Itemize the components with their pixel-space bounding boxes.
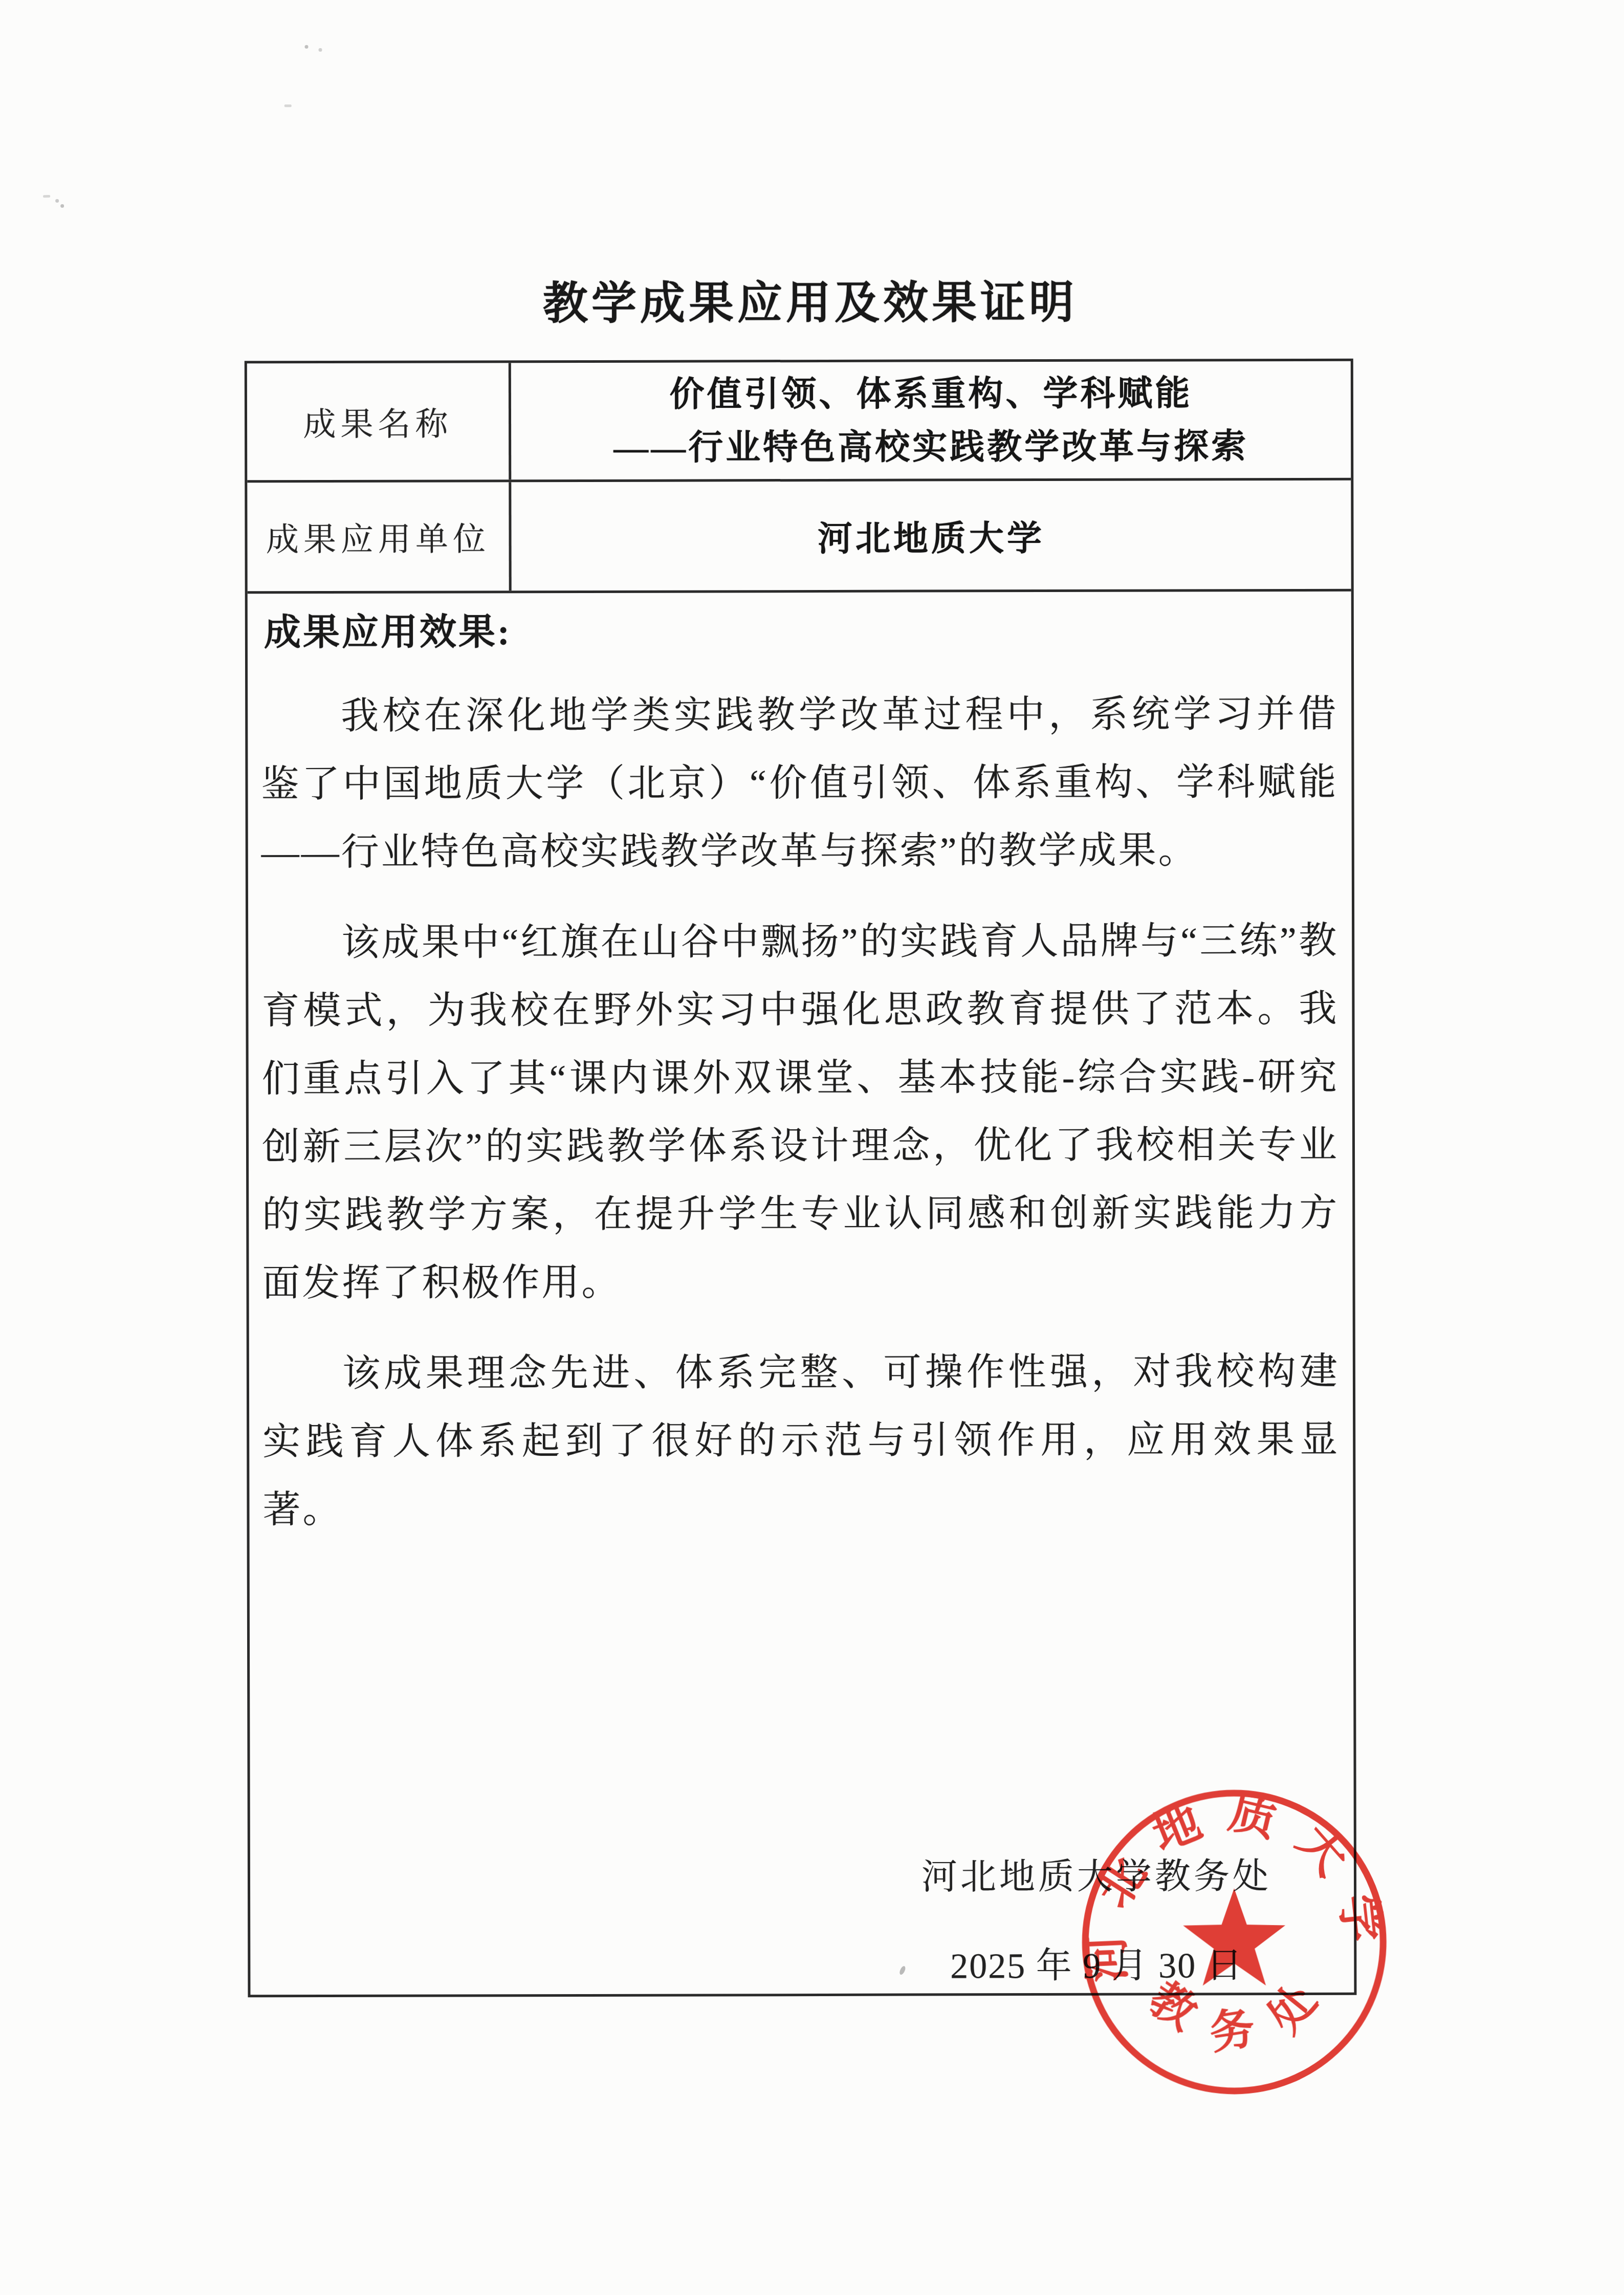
scan-speck: [304, 45, 308, 49]
scan-speck: [55, 199, 59, 203]
effect-heading: 成果应用效果:: [264, 607, 1338, 656]
page-content: 教学成果应用及效果证明 成果名称 价值引领、体系重构、学科赋能 ——行业特色高校…: [0, 0, 1624, 2295]
table-row-achievement-name: 成果名称 价值引领、体系重构、学科赋能 ——行业特色高校实践教学改革与探索: [247, 361, 1351, 483]
achievement-name-line1: 价值引领、体系重构、学科赋能: [669, 366, 1192, 421]
applying-unit-label: 成果应用单位: [247, 482, 511, 591]
scan-speck: [43, 195, 50, 198]
effect-paragraph-3: 该成果理念先进、体系完整、可操作性强，对我校构建实践育人体系起到了很好的示范与引…: [262, 1338, 1340, 1544]
document-title: 教学成果应用及效果证明: [0, 266, 1622, 334]
certificate-table: 成果名称 价值引领、体系重构、学科赋能 ——行业特色高校实践教学改革与探索 成果…: [245, 359, 1357, 1998]
scan-speck: [318, 48, 322, 52]
achievement-name-value: 价值引领、体系重构、学科赋能 ——行业特色高校实践教学改革与探索: [511, 361, 1351, 479]
star-icon: [1183, 1888, 1285, 1985]
official-seal-stamp: 河北地质大学 教务处: [1070, 1778, 1398, 2106]
effect-paragraph-2: 该成果中“红旗在山谷中飘扬”的实践育人品牌与“三练”教育模式，为我校在野外实习中…: [261, 907, 1340, 1318]
effect-paragraph-1: 我校在深化地学类实践教学改革过程中，系统学习并借鉴了中国地质大学（北京）“价值引…: [261, 681, 1338, 887]
scanned-certificate-page: 教学成果应用及效果证明 成果名称 价值引领、体系重构、学科赋能 ——行业特色高校…: [0, 0, 1624, 2295]
scan-speck: [60, 204, 64, 208]
applying-unit-value: 河北地质大学: [511, 480, 1351, 591]
achievement-name-label: 成果名称: [247, 363, 511, 480]
table-row-applying-unit: 成果应用单位 河北地质大学: [247, 480, 1351, 594]
scan-speck: [284, 104, 292, 107]
achievement-name-line2: ——行业特色高校实践教学改革与探索: [613, 420, 1248, 474]
